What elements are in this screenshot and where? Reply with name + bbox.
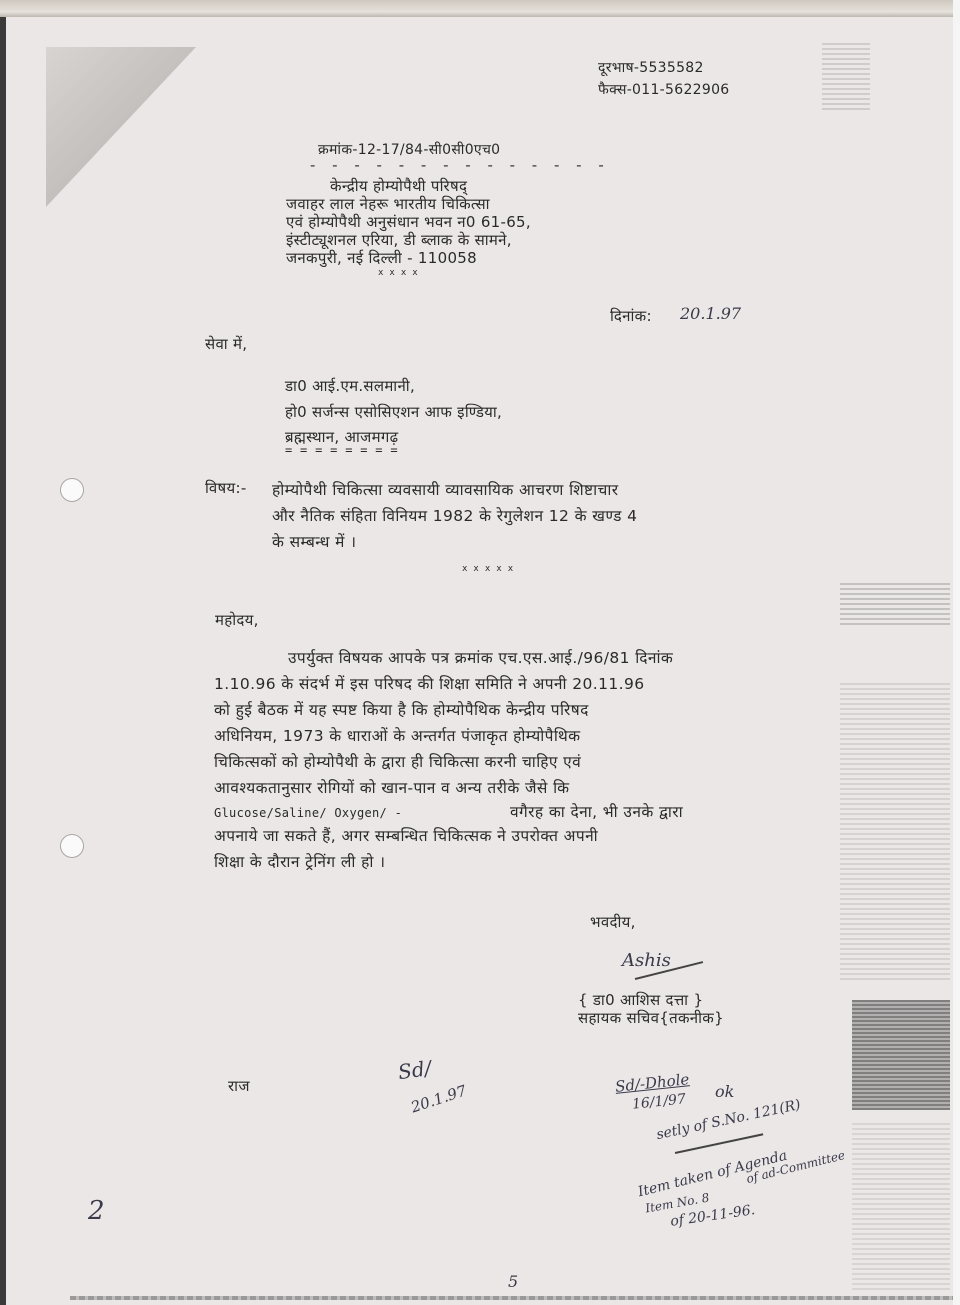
- scan-border-right: [953, 0, 960, 1305]
- bleed-through-smudge: [840, 680, 950, 980]
- fax-number: फैक्स-011-5622906: [598, 80, 729, 99]
- body-line: 1.10.96 के संदर्भ में इस परिषद की शिक्षा…: [214, 672, 644, 694]
- bleed-through-smudge: [852, 1120, 950, 1290]
- closing: भवदीय,: [590, 912, 636, 932]
- recipient-line: डा0 आई.एम.सलमानी,: [285, 376, 415, 396]
- phone-number: दूरभाष-5535582: [598, 58, 704, 77]
- subject-line: के सम्बन्ध में ।: [272, 530, 356, 552]
- english-insert: Glucose/Saline/ Oxygen/ -: [214, 806, 402, 820]
- subject-separator: x x x x x: [462, 564, 513, 574]
- sender-line: जनकपुरी, नई दिल्ली - 110058: [286, 248, 477, 268]
- sender-line: केन्द्रीय होम्योपैथी परिषद्: [330, 176, 467, 196]
- scan-border-top: [0, 0, 960, 17]
- date-value: 20.1.97: [680, 304, 741, 323]
- sender-separator: x x x x: [378, 268, 418, 278]
- bleed-through-smudge: [822, 40, 870, 110]
- bottom-mark: 5: [508, 1272, 518, 1291]
- sender-line: एवं होम्योपैथी अनुसंधान भवन न0 61-65,: [286, 212, 531, 232]
- page-number: 2: [88, 1196, 105, 1226]
- recipient-underline: = = = = = = = =: [285, 443, 398, 457]
- body-line: शिक्षा के दौरान ट्रेनिंग ली हो ।: [214, 850, 385, 872]
- greeting: महोदय,: [215, 610, 259, 630]
- body-line: उपर्युक्त विषयक आपके पत्र क्रमांक एच.एस.…: [288, 646, 673, 668]
- body-line: अपनाये जा सकते हैं, अगर सम्बन्धित चिकित्…: [214, 824, 598, 846]
- body-line: को हुई बैठक में यह स्पष्ट किया है कि होम…: [214, 698, 589, 720]
- page-bottom-edge: [70, 1296, 953, 1300]
- handwritten-initial: Sd/: [396, 1056, 432, 1084]
- signatory-name: { डा0 आशिस दत्ता }: [578, 990, 703, 1010]
- bleed-through-smudge: [852, 1000, 950, 1110]
- folded-corner: [46, 47, 196, 207]
- body-continuation: वगैरह का देना, भी उनके द्वारा: [510, 800, 683, 822]
- punch-hole-top: [60, 478, 84, 502]
- sender-line: इंस्टीट्यूशनल एरिया, डी ब्लाक के सामने,: [286, 230, 512, 250]
- body-line: आवश्यकतानुसार रोगियों को खान-पान व अन्य …: [214, 776, 569, 798]
- punch-hole-bottom: [60, 834, 84, 858]
- subject-line: होम्योपैथी चिकित्सा व्यवसायी व्यावसायिक …: [272, 478, 619, 500]
- bleed-through-smudge: [840, 580, 950, 625]
- bottom-left-label: राज: [228, 1076, 250, 1096]
- subject-label: विषय:-: [205, 478, 247, 498]
- salutation-to: सेवा में,: [205, 334, 247, 354]
- signature-mark: Ashis: [622, 950, 671, 971]
- signatory-designation: सहायक सचिव{तकनीक}: [578, 1008, 724, 1028]
- subject-line: और नैतिक संहिता विनियम 1982 के रेगुलेशन …: [272, 504, 637, 526]
- body-line: अधिनियम, 1973 के धाराओं के अन्तर्गत पंजा…: [214, 724, 580, 746]
- reference-underline: - - - - - - - - - - - - - -: [310, 156, 610, 174]
- date-label: दिनांक:: [610, 306, 652, 326]
- body-line: चिकित्सकों को होम्योपैथी के द्वारा ही चि…: [214, 750, 581, 772]
- note-line: ok: [715, 1082, 734, 1101]
- recipient-line: हो0 सर्जन्स एसोसिएशन आफ इण्डिया,: [285, 402, 502, 422]
- sender-line: जवाहर लाल नेहरू भारतीय चिकित्सा: [286, 194, 490, 214]
